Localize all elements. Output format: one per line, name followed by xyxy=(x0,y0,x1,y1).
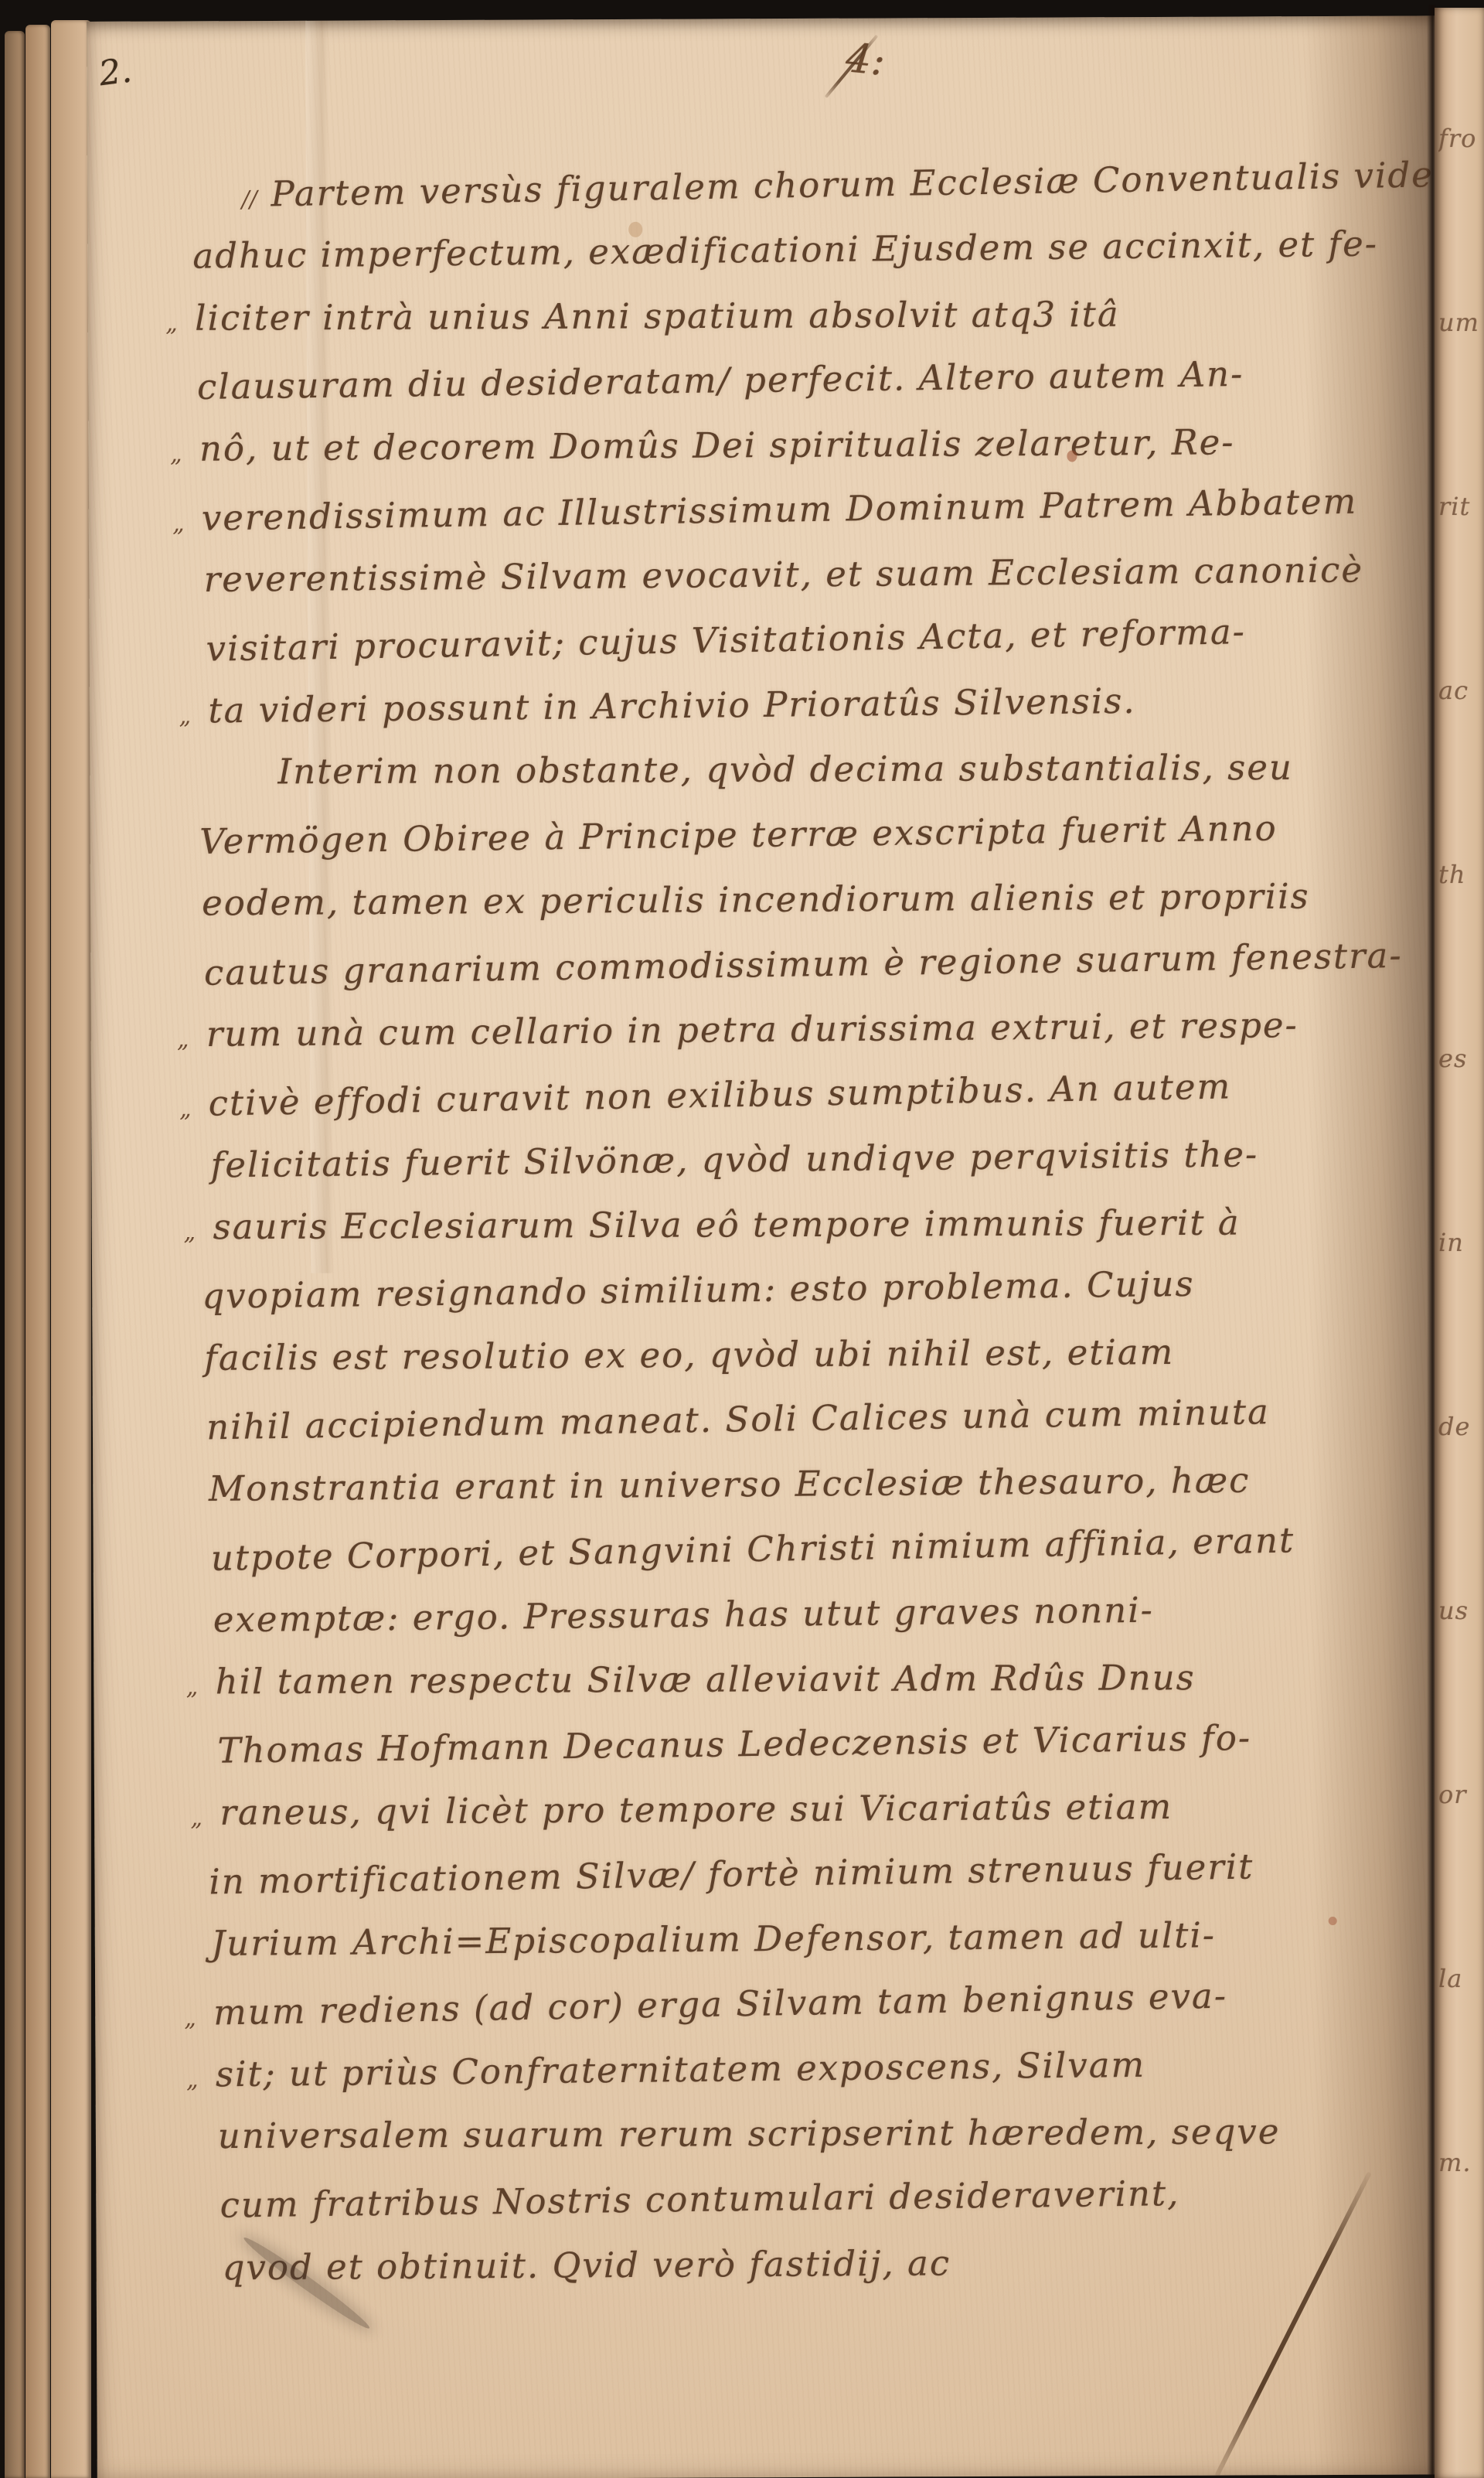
manuscript-line-text: verendissimum ac Illustrissimum Dominum … xyxy=(201,481,1357,539)
manuscript-line-text: cautus granarium commodissimum è regione… xyxy=(204,935,1403,994)
paper-stain xyxy=(628,222,642,237)
manuscript-line: cum fratribus Nostris contumulari deside… xyxy=(220,2173,1179,2234)
manuscript-line-text: adhuc imperfectum, exædificationi Ejusde… xyxy=(192,223,1378,277)
margin-mark: „ xyxy=(184,2005,196,2032)
margin-mark: „ xyxy=(190,1805,203,1832)
manuscript-line: „ctivè effodi curavit non exilibus sumpt… xyxy=(208,1065,1231,1132)
manuscript-line-text: Vermögen Obiree à Principe terræ exscrip… xyxy=(199,807,1278,862)
manuscript-line: „liciter intrà unius Anni spatium absolv… xyxy=(195,294,1120,347)
manuscript-line: qvod et obtinuit. Qvid verò fastidij, ac xyxy=(222,2242,951,2296)
margin-mark: „ xyxy=(183,1219,196,1246)
manuscript-line: universalem suarum rerum scripserint hær… xyxy=(218,2111,1281,2165)
margin-mark: „ xyxy=(186,2067,199,2094)
page-number: 2. xyxy=(97,50,134,94)
manuscript-line-text: felicitatis fuerit Silvönæ, qvòd undiqve… xyxy=(210,1133,1258,1185)
ink-spot xyxy=(1067,450,1077,462)
manuscript-line-text: ta videri possunt in Archivio Prioratûs … xyxy=(208,680,1136,731)
edge-text-fragment: de xyxy=(1438,1412,1482,1441)
book-leaf-edges xyxy=(0,17,93,2478)
margin-mark: „ xyxy=(172,510,185,537)
manuscript-line: nihil accipiendum maneat. Soli Calices u… xyxy=(206,1391,1271,1456)
manuscript-line-text: ctivè effodi curavit non exilibus sumpti… xyxy=(208,1065,1231,1123)
manuscript-line: adhuc imperfectum, exædificationi Ejusde… xyxy=(192,223,1378,285)
edge-text-fragment: in xyxy=(1438,1228,1482,1257)
manuscript-line: exemptæ: ergo. Pressuras has utut graves… xyxy=(213,1590,1155,1649)
manuscript-line-text: raneus, qvi licèt pro tempore sui Vicari… xyxy=(220,1786,1173,1833)
edge-text-fragment: fro xyxy=(1438,124,1482,153)
manuscript-line: felicitatis fuerit Silvönæ, qvòd undiqve… xyxy=(210,1133,1258,1194)
margin-mark: „ xyxy=(165,310,178,337)
manuscript-line: eodem, tamen ex periculis incendiorum al… xyxy=(202,876,1310,932)
manuscript-line: „verendissimum ac Illustrissimum Dominum… xyxy=(201,481,1357,547)
manuscript-line: visitari procuravit; cujus Visitationis … xyxy=(206,611,1246,678)
manuscript-line: Interim non obstante, qvòd decima substa… xyxy=(277,747,1293,801)
margin-mark: „ xyxy=(170,441,182,468)
manuscript-line-text: nihil accipiendum maneat. Soli Calices u… xyxy=(206,1391,1270,1447)
edge-text-fragment: la xyxy=(1438,1964,1482,1993)
manuscript-line-text: mum rediens (ad cor) erga Silvam tam ben… xyxy=(213,1975,1228,2033)
manuscript-line: clausuram diu desideratam/ perfecit. Alt… xyxy=(197,353,1244,416)
manuscript-line: Vermögen Obiree à Principe terræ exscrip… xyxy=(199,807,1278,871)
edge-text-fragment: or xyxy=(1438,1780,1482,1809)
manuscript-line-text: in mortificationem Silvæ/ fortè nimium s… xyxy=(209,1846,1254,1903)
manuscript-line-text: facilis est resolutio ex eo, qvòd ubi ni… xyxy=(204,1331,1174,1379)
manuscript-line-text: eodem, tamen ex periculis incendiorum al… xyxy=(202,876,1310,924)
manuscript-line: „sauris Ecclesiarum Silva eô tempore imm… xyxy=(213,1202,1240,1256)
margin-mark: ∕∕ xyxy=(241,186,257,213)
manuscript-line: „ta videri possunt in Archivio Prioratûs… xyxy=(208,680,1136,740)
manuscript-line-text: visitari procuravit; cujus Visitationis … xyxy=(206,611,1246,670)
edge-text-fragment: us xyxy=(1438,1596,1482,1625)
folio-mark: 4: xyxy=(841,35,918,119)
edge-text-fragment: ac xyxy=(1438,676,1482,705)
manuscript-line-text: Monstrantia erant in universo Ecclesiæ t… xyxy=(209,1460,1251,1509)
leaf-edge-strip xyxy=(26,25,50,2478)
manuscript-line-text: utpote Corpori, et Sangvini Christi nimi… xyxy=(211,1519,1295,1578)
leaf-edge-strip xyxy=(51,20,91,2478)
manuscript-line-text: rum unà cum cellario in petra durissima … xyxy=(206,1004,1298,1055)
text-block: ∕∕Partem versùs figuralem chorum Ecclesi… xyxy=(196,157,1445,2366)
manuscript-line: Jurium Archi=Episcopalium Defensor, tame… xyxy=(211,1914,1216,1972)
manuscript-line: „raneus, qvi licèt pro tempore sui Vicar… xyxy=(220,1786,1173,1842)
manuscript-line-text: cum fratribus Nostris contumulari deside… xyxy=(220,2173,1179,2226)
edge-text-fragment: um xyxy=(1438,308,1482,337)
facing-page-edge: froumritacthesindeusorlam. xyxy=(1435,8,1484,2478)
margin-mark: „ xyxy=(177,1026,189,1053)
edge-text-fragment: rit xyxy=(1438,492,1482,521)
ink-spot xyxy=(1329,1917,1337,1925)
manuscript-line-text: Jurium Archi=Episcopalium Defensor, tame… xyxy=(211,1914,1216,1964)
leaf-edge-strip xyxy=(5,31,25,2478)
manuscript-line: Thomas Hofmann Decanus Ledeczensis et Vi… xyxy=(217,1717,1251,1780)
manuscript-line-text: Interim non obstante, qvòd decima substa… xyxy=(277,747,1293,792)
manuscript-line: Monstrantia erant in universo Ecclesiæ t… xyxy=(209,1460,1251,1518)
manuscript-line: utpote Corpori, et Sangvini Christi nimi… xyxy=(211,1519,1295,1587)
manuscript-line: in mortificationem Silvæ/ fortè nimium s… xyxy=(209,1846,1254,1911)
manuscript-line-text: Partem versùs figuralem chorum Ecclesiæ … xyxy=(271,153,1445,214)
manuscript-line: „sit; ut priùs Confraternitatem exposcen… xyxy=(216,2044,1146,2104)
manuscript-page: 2. 4: ∕∕Partem versùs figuralem chorum E… xyxy=(87,15,1445,2478)
manuscript-line-text: reverentissimè Silvam evocavit, et suam … xyxy=(204,549,1364,600)
edge-text-fragment: th xyxy=(1438,860,1482,889)
margin-mark: „ xyxy=(179,703,191,730)
manuscript-line: „hil tamen respectu Silvæ alleviavit Adm… xyxy=(216,1657,1196,1710)
manuscript-line-text: nô, ut et decorem Domûs Dei spiritualis … xyxy=(199,421,1235,469)
edge-text-fragment: m. xyxy=(1438,2148,1482,2177)
manuscript-line: „rum unà cum cellario in petra durissima… xyxy=(206,1004,1298,1063)
manuscript-line-text: exemptæ: ergo. Pressuras has utut graves… xyxy=(213,1590,1155,1641)
manuscript-line: reverentissimè Silvam evocavit, et suam … xyxy=(204,549,1364,608)
manuscript-line-text: sauris Ecclesiarum Silva eô tempore immu… xyxy=(213,1202,1240,1248)
manuscript-line: „mum rediens (ad cor) erga Silvam tam be… xyxy=(213,1975,1228,2042)
edge-text-fragment: es xyxy=(1438,1044,1482,1073)
folio-mark-glyph: 4: xyxy=(844,35,887,85)
manuscript-line-text: sit; ut priùs Confraternitatem exposcens… xyxy=(216,2044,1146,2095)
margin-mark: „ xyxy=(186,1674,199,1701)
manuscript-line-text: hil tamen respectu Silvæ alleviavit Adm … xyxy=(216,1657,1196,1702)
margin-mark: „ xyxy=(179,1096,192,1123)
manuscript-photo: 2. 4: ∕∕Partem versùs figuralem chorum E… xyxy=(0,0,1484,2478)
manuscript-line: ∕∕Partem versùs figuralem chorum Ecclesi… xyxy=(271,153,1445,223)
manuscript-line-text: universalem suarum rerum scripserint hær… xyxy=(218,2111,1281,2156)
manuscript-line-text: liciter intrà unius Anni spatium absolvi… xyxy=(195,294,1120,339)
manuscript-line: cautus granarium commodissimum è regione… xyxy=(204,935,1403,1002)
manuscript-line-text: qvod et obtinuit. Qvid verò fastidij, ac xyxy=(222,2242,951,2288)
manuscript-line-text: clausuram diu desideratam/ perfecit. Alt… xyxy=(197,353,1244,407)
manuscript-line-text: Thomas Hofmann Decanus Ledeczensis et Vi… xyxy=(217,1717,1251,1771)
manuscript-line: facilis est resolutio ex eo, qvòd ubi ni… xyxy=(204,1331,1174,1387)
manuscript-line-text: qvopiam resignando similium: esto proble… xyxy=(202,1263,1195,1317)
manuscript-line: „nô, ut et decorem Domûs Dei spiritualis… xyxy=(199,421,1235,477)
manuscript-line: qvopiam resignando similium: esto proble… xyxy=(202,1263,1195,1325)
